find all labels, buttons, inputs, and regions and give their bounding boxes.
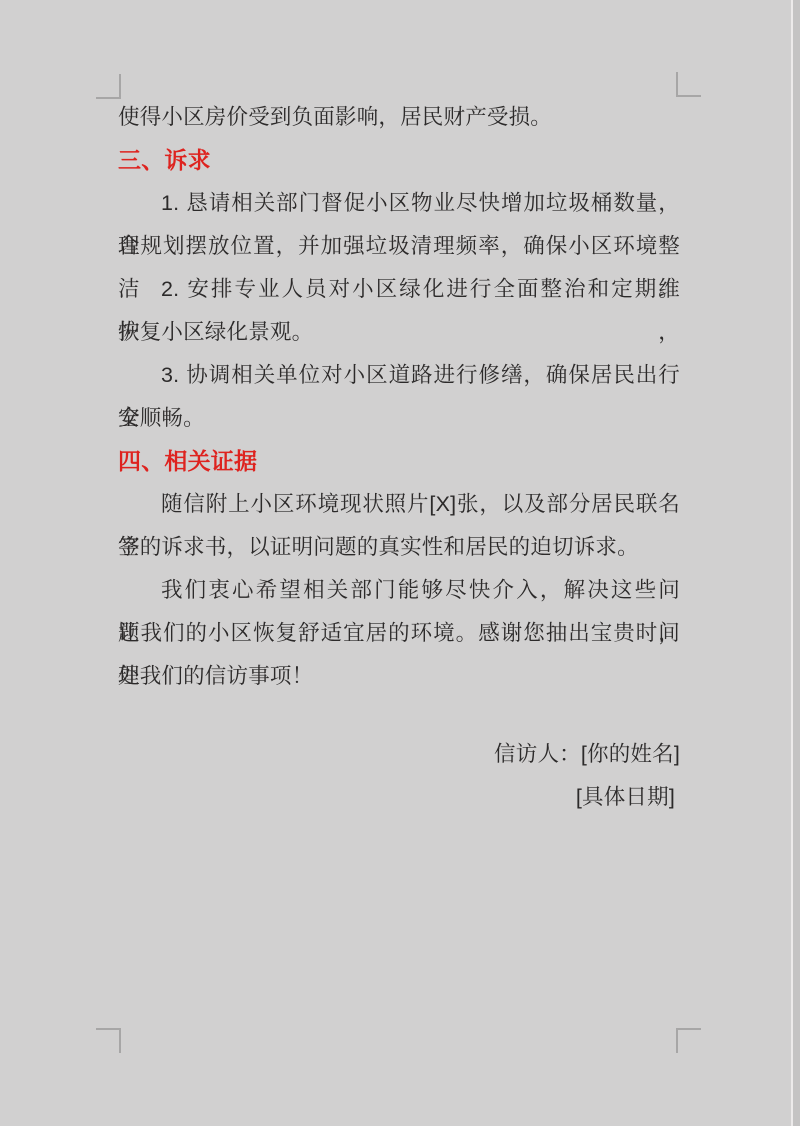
numbered-item-3-line: 3. 协调相关单位对小区道路进行修缮，确保居民出行安	[118, 354, 680, 397]
signature-date-line: [具体日期]	[118, 776, 680, 819]
margin-crop-mark-bottom-right	[676, 1028, 701, 1053]
numbered-item-1-line: 理规划摆放位置，并加强垃圾清理频率，确保小区环境整洁。	[118, 225, 680, 268]
paragraph-line: 我们衷心希望相关部门能够尽快介入，解决这些问题，	[118, 569, 680, 612]
numbered-item-1-line: 1. 恳请相关部门督促小区物业尽快增加垃圾桶数量，合	[118, 182, 680, 225]
paragraph-line: 字的诉求书，以证明问题的真实性和居民的迫切诉求。	[118, 526, 680, 569]
paragraph-line: 随信附上小区环境现状照片[X]张，以及部分居民联名签	[118, 483, 680, 526]
signature-petitioner-line: 信访人：[你的姓名]	[118, 733, 680, 776]
signature-gap	[118, 698, 680, 733]
document-page: 使得小区房价受到负面影响，居民财产受损。 三、诉求 1. 恳请相关部门督促小区物…	[0, 0, 800, 1126]
document-body: 使得小区房价受到负面影响，居民财产受损。 三、诉求 1. 恳请相关部门督促小区物…	[118, 96, 680, 819]
margin-crop-mark-top-right	[676, 72, 701, 97]
paragraph-line: 使得小区房价受到负面影响，居民财产受损。	[118, 96, 680, 139]
margin-crop-mark-bottom-left	[96, 1028, 121, 1053]
section-heading-evidence: 四、相关证据	[118, 440, 680, 483]
paragraph-line: 让我们的小区恢复舒适宜居的环境。感谢您抽出宝贵时间处	[118, 612, 680, 655]
section-heading-demands: 三、诉求	[118, 139, 680, 182]
numbered-item-3-line: 全顺畅。	[118, 397, 680, 440]
page-edge-shadow	[793, 0, 800, 1126]
paragraph-line: 理我们的信访事项！	[118, 655, 680, 698]
numbered-item-2-line: 2. 安排专业人员对小区绿化进行全面整治和定期维护，	[118, 268, 680, 311]
